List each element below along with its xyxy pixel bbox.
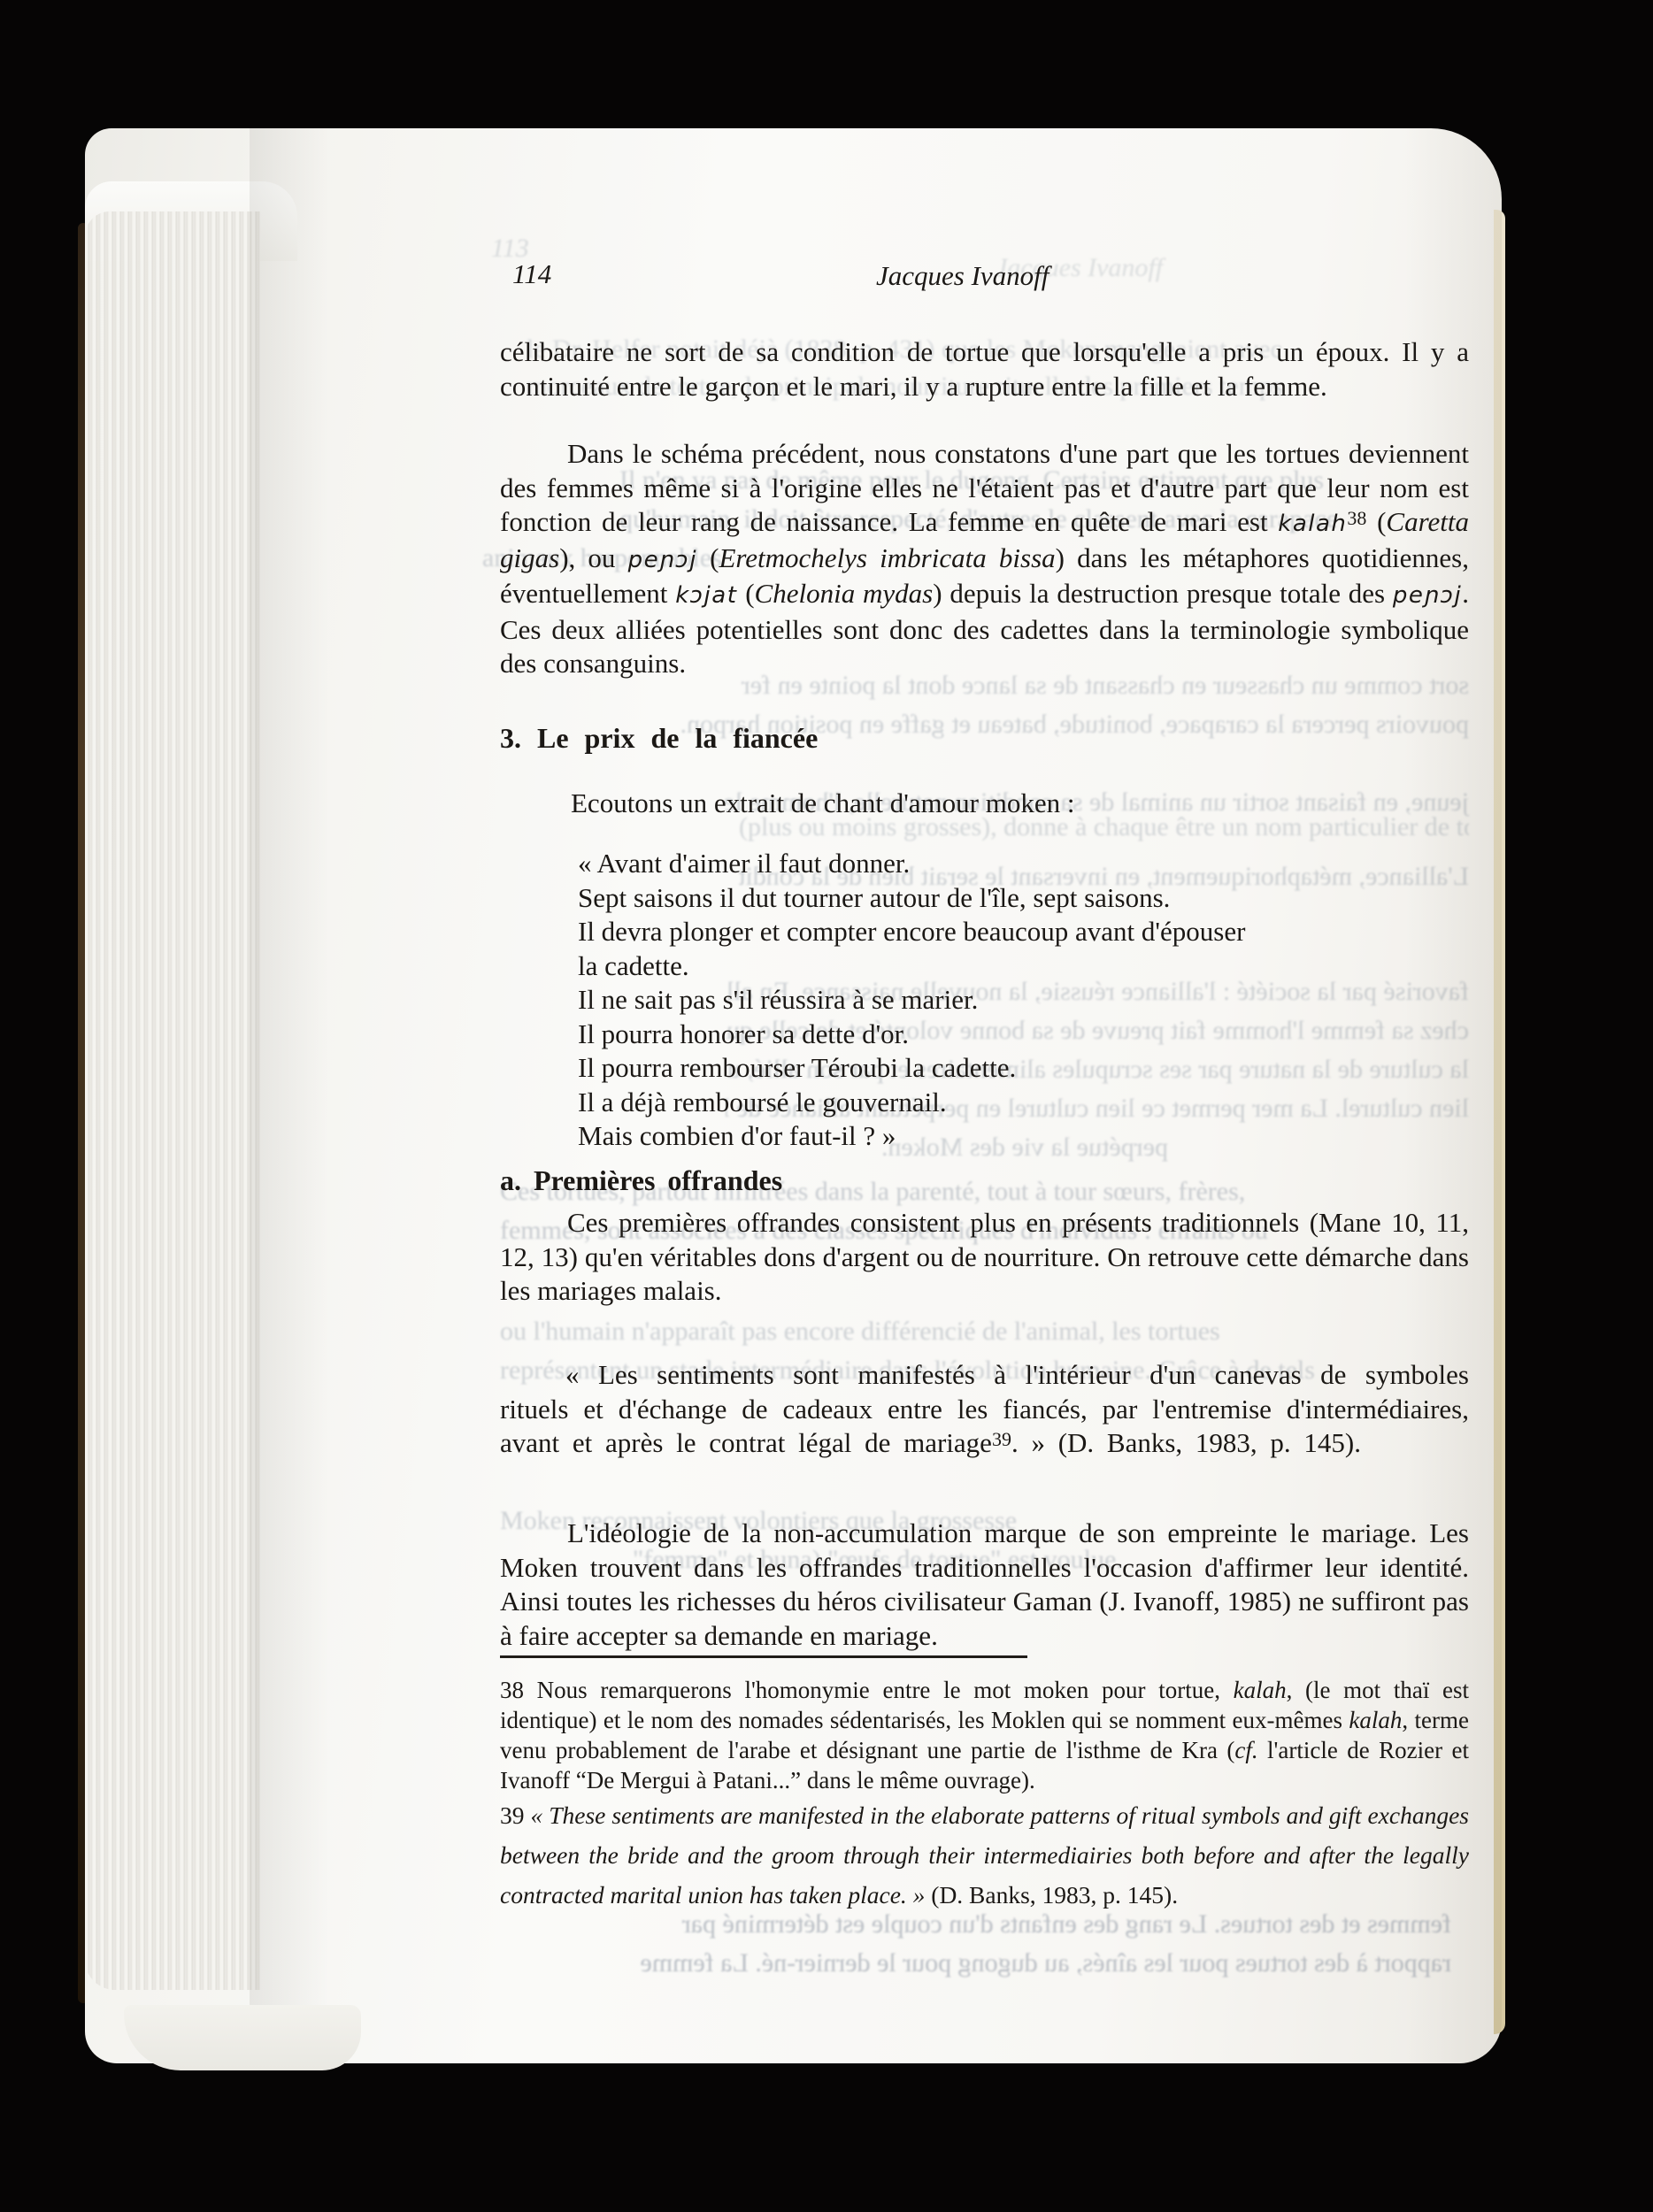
paragraph-ideologie: L'idéologie de la non-accumulation marqu… (500, 1517, 1469, 1653)
poem-line: Il ne sait pas s'il réussira à se marier… (578, 983, 1463, 1018)
text-run: Nous remarquerons l'homonymie entre le m… (524, 1677, 1234, 1703)
text-run: ( (737, 578, 754, 609)
bleedthrough-line: ou l'humain n'apparaît pas encore différ… (500, 1316, 1469, 1348)
book-scan-photo: { "page": { "number": "114", "running_he… (0, 0, 1653, 2212)
poem-line: Il pourra rembourser Téroubi la cadette. (578, 1051, 1463, 1086)
poem-line: Il pourra honorer sa dette d'or. (578, 1018, 1463, 1052)
paragraph-schema-precedent: Dans le schéma précédent, nous constaton… (500, 437, 1469, 681)
bleedthrough-line: rapport à des tortues pour les aînés, au… (535, 1947, 1451, 1979)
text-run: ), ou (559, 542, 627, 573)
footnote-39: 39 « These sentiments are manifested in … (500, 1795, 1469, 1915)
blockquote-banks: « Les sentiments sont manifestés à l'int… (500, 1358, 1469, 1461)
paragraph-celibataire: célibataire ne sort de sa condition de t… (500, 335, 1469, 403)
text-run: ) depuis la destruction presque totale d… (933, 578, 1393, 609)
footnote-38: 38 Nous remarquerons l'homonymie entre l… (500, 1675, 1469, 1795)
page-left-shading (250, 128, 329, 2063)
section-heading-prix-fiancee: 3. Le prix de la fiancée (500, 722, 1469, 755)
phonetic-term-kojat: kɔjat (675, 582, 737, 609)
poem-line: « Avant d'aimer il faut donner. (578, 847, 1463, 881)
paragraph-ecoutons: Ecoutons un extrait de chant d'amour mok… (500, 787, 1469, 819)
poem-line: Sept saisons il dut tourner autour de l'… (578, 881, 1463, 916)
species-name: Eretmochelys imbricata bissa (719, 542, 1055, 573)
poem-line: Il a déjà remboursé le gouvernail. (578, 1086, 1463, 1120)
printed-text-area: 113 Jacques Ivanoff le Dr. Helfer notait… (500, 128, 1469, 2063)
moken-love-song: « Avant d'aimer il faut donner. Sept sai… (578, 847, 1463, 1154)
cf-abbrev: cf. (1234, 1737, 1257, 1763)
running-head: Jacques Ivanoff (876, 260, 1653, 292)
term-kalah: kalah (1349, 1707, 1402, 1733)
footnote-marker: 39 (500, 1801, 525, 1829)
term-kalah: kalah (1234, 1677, 1287, 1703)
page-stack-bottom-curl (124, 2005, 361, 2070)
subsection-heading-premieres-offrandes: a. Premières offrandes (500, 1164, 1469, 1197)
footnote-ref-38: 38 (1347, 507, 1366, 529)
poem-line: Mais combien d'or faut-il ? » (578, 1119, 1463, 1154)
phonetic-term-kalah: kalah (1278, 511, 1347, 537)
phonetic-term-penoj: peɲɔj (628, 547, 697, 573)
text-run: ( (697, 542, 719, 573)
text-run: . » (D. Banks, 1983, p. 145). (1011, 1427, 1361, 1458)
page-stack-edges (85, 211, 260, 1990)
footnote-separator (500, 1655, 1027, 1658)
poem-line: la cadette. (578, 949, 1463, 984)
species-name: Chelonia mydas (755, 578, 934, 609)
footnote-ref-39: 39 (992, 1428, 1011, 1450)
paragraph-premieres-offrandes: Ces premières offrandes consistent plus … (500, 1206, 1469, 1309)
poem-line: Il devra plonger et compter encore beauc… (578, 915, 1463, 949)
footnote-marker: 38 (500, 1677, 524, 1703)
book-page: 113 Jacques Ivanoff le Dr. Helfer notait… (85, 128, 1502, 2063)
citation: (D. Banks, 1983, p. 145). (925, 1881, 1178, 1909)
text-run: ( (1366, 506, 1386, 537)
phonetic-term-penoj: peɲɔj (1393, 582, 1462, 609)
